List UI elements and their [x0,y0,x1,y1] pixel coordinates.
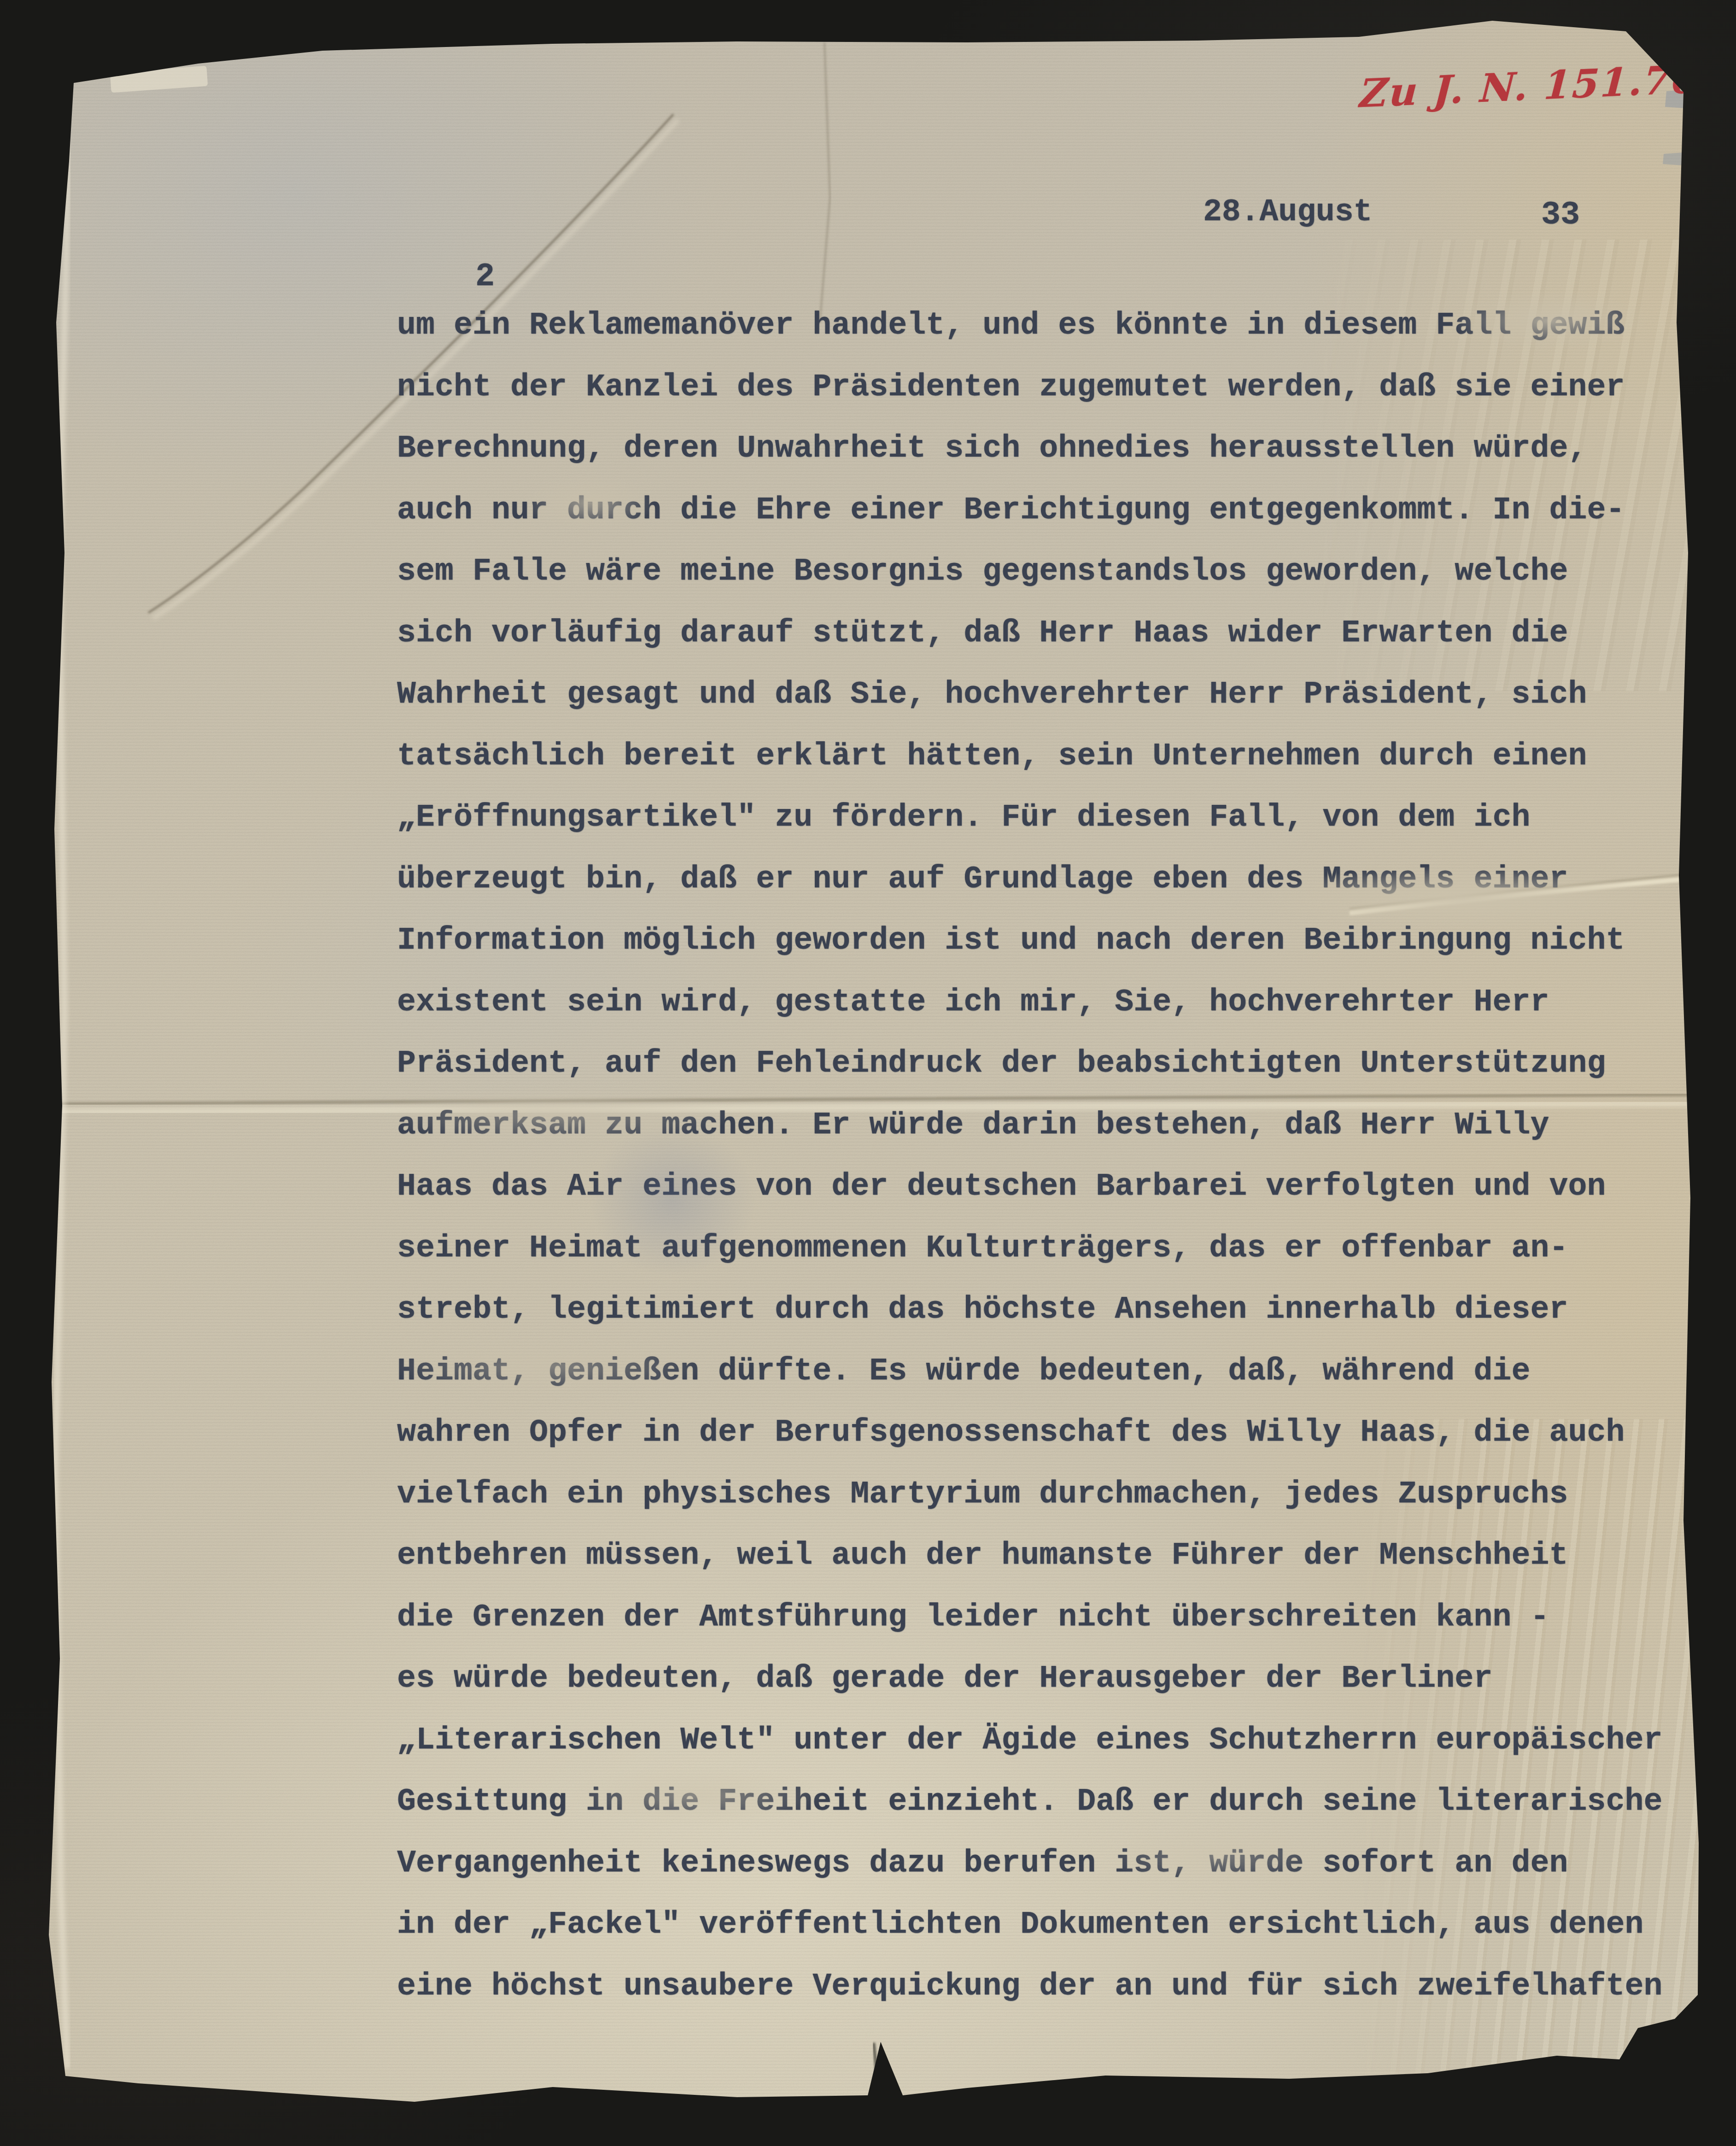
letter-line: sich vorläufig darauf stützt, daß Herr H… [397,603,1662,664]
letter-line: es würde bedeuten, daß gerade der Heraus… [397,1648,1662,1710]
page-number: 2 [475,259,495,295]
letter-line: sem Falle wäre meine Besorgnis gegenstan… [397,541,1662,603]
year-number: 33 [1541,197,1580,234]
letter-line: überzeugt bin, daß er nur auf Grundlage … [397,849,1662,910]
letter-line: die Grenzen der Amtsführung leider nicht… [397,1587,1662,1648]
letter-line: nicht der Kanzlei des Präsidenten zugemu… [397,357,1662,418]
letter-line: Berechnung, deren Unwahrheit sich ohnedi… [397,418,1662,480]
letter-line: vielfach ein physisches Martyrium durchm… [397,1464,1662,1525]
tape-right-edge-2 [1663,151,1702,167]
letter-line: eine höchst unsaubere Verquickung der an… [397,1956,1662,2017]
letter-line: entbehren müssen, weil auch der humanste… [397,1525,1662,1587]
letter-line: Haas das Air eines von der deutschen Bar… [397,1156,1662,1218]
left-edge-highlight [55,138,69,2069]
bottom-tear [874,2043,879,2097]
letter-page: 2 28.August 33 Zu J. N. 151.703 um ein R… [0,0,1736,2146]
letter-line: auch nur durch die Ehre einer Berichtigu… [397,480,1662,541]
letter-line: tatsächlich bereit erklärt hätten, sein … [397,726,1662,787]
letter-line: Gesittung in die Freiheit einzieht. Daß … [397,1771,1662,1833]
letter-line: strebt, legitimiert durch das höchste An… [397,1279,1662,1341]
letter-line: Heimat, genießen dürfte. Es würde bedeut… [397,1341,1662,1402]
letter-line: aufmerksam zu machen. Er würde darin bes… [397,1095,1662,1156]
date: 28.August [1203,194,1372,230]
blue-ink-dot [27,2003,48,2035]
scan-background: 2 28.August 33 Zu J. N. 151.703 um ein R… [0,0,1736,2146]
red-handwritten-annotation: Zu J. N. 151.703 [1358,54,1730,116]
letter-body: um ein Reklamemanöver handelt, und es kö… [397,295,1662,2017]
letter-line: Information möglich geworden ist und nac… [397,910,1662,972]
letter-line: „Literarischen Welt" unter der Ägide ein… [397,1710,1662,1771]
letter-line: existent sein wird, gestatte ich mir, Si… [397,972,1662,1033]
letter-line: wahren Opfer in der Berufsgenossenschaft… [397,1402,1662,1464]
letter-line: um ein Reklamemanöver handelt, und es kö… [397,295,1662,357]
letter-line: Wahrheit gesagt und daß Sie, hochverehrt… [397,664,1662,726]
vertical-crease [820,42,830,322]
letter-line: in der „Fackel" veröffentlichten Dokumen… [397,1894,1662,1956]
letter-line: Präsident, auf den Fehleindruck der beab… [397,1033,1662,1095]
tape-top-left [110,66,208,93]
letter-line: Vergangenheit keineswegs dazu berufen is… [397,1833,1662,1894]
letter-line: „Eröffnungsartikel" zu fördern. Für dies… [397,787,1662,849]
letter-line: seiner Heimat aufgenommenen Kulturträger… [397,1218,1662,1279]
